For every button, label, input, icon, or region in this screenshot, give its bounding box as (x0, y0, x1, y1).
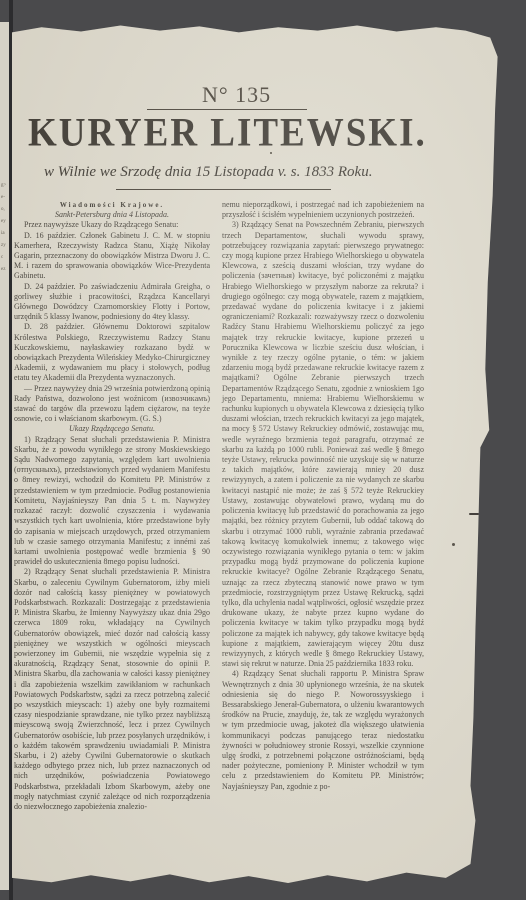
ink-speck (270, 152, 272, 154)
previous-page-fragment: o, (1, 206, 9, 213)
previous-page-fragment: e- (1, 194, 9, 201)
paragraph: 1) Rządzący Senat słuchali przedstawieni… (14, 435, 210, 568)
paragraph: D. 24 paździer. Po zaświadczeniu Admirał… (14, 282, 210, 323)
left-column: Wiadomości Krajowe. Sankt-Petersburg dni… (14, 200, 210, 812)
paragraph: — Przez naywyżey dnia 29 września potwie… (14, 384, 210, 425)
section-heading: Wiadomości Krajowe. (14, 200, 210, 210)
paragraph: 3) Rządzący Senat na Powszechném Zebrani… (222, 220, 424, 669)
previous-page-fragment: c (1, 254, 9, 261)
masthead-rule-bottom (116, 189, 331, 190)
previous-page-fragment: g> (1, 182, 9, 189)
pen-mark-icon (469, 502, 499, 522)
subsection-heading: Ukazy Rządzącego Senatu. (14, 424, 210, 434)
newspaper-page: N° 135 KURYER LITEWSKI. w Wilnie we Srzo… (12, 22, 505, 890)
right-column: nemu nieporządkowi, i postrzegać nad ich… (222, 200, 424, 792)
paragraph: D. 16 paździer. Członek Gabinetu J. C. M… (14, 231, 210, 282)
ink-speck (452, 543, 455, 546)
paragraph: nemu nieporządkowi, i postrzegać nad ich… (222, 200, 424, 220)
ink-speck (482, 549, 486, 551)
paragraph: Przez naywyższe Ukazy do Rządzącego Sena… (14, 220, 210, 230)
newspaper-title: KURYER LITEWSKI. (28, 110, 427, 156)
previous-page-fragment: ey (1, 218, 9, 225)
place-date: Sankt-Petersburg dnia 4 Listopada. (14, 210, 210, 220)
previous-page-fragment: zy (1, 242, 9, 249)
issue-number: N° 135 (202, 82, 271, 108)
paragraph: D. 28 paździer. Głównemu Doktorowi szpit… (14, 322, 210, 383)
paragraph: 4) Rządzący Senat słuchali rapportu P. M… (222, 669, 424, 791)
dateline: w Wilnie we Srzodę dnia 15 Listopada v. … (44, 164, 372, 181)
previous-page-fragment: ia (1, 230, 9, 237)
previous-page-fragment: ez (1, 266, 9, 273)
paragraph: 2) Rządzący Senat słuchali przedstawieni… (14, 567, 210, 812)
